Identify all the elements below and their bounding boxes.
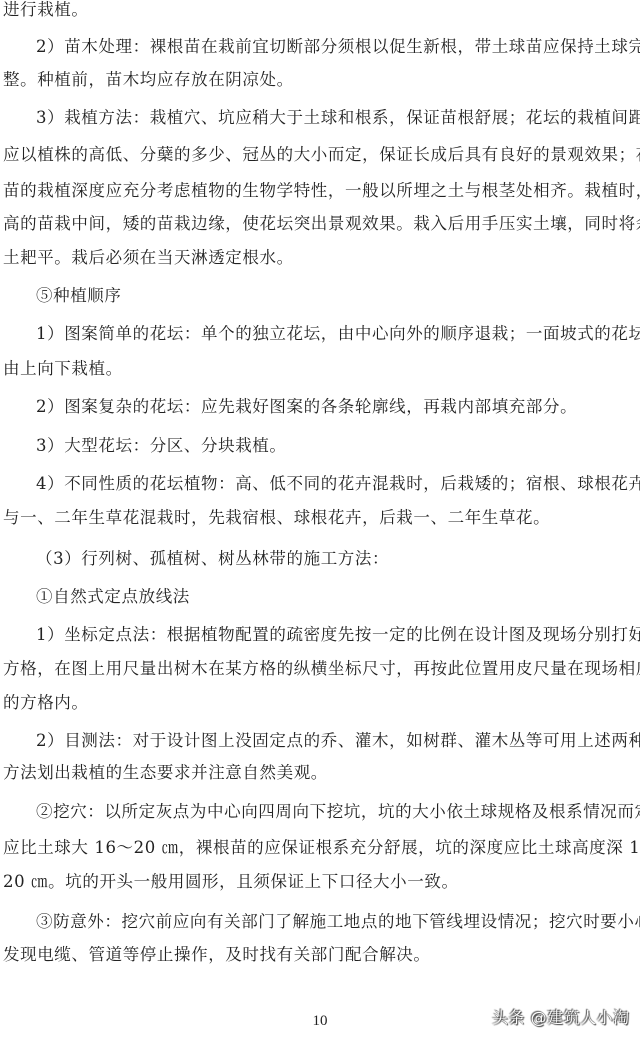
text-line: 土耙平。栽后必须在当天淋透定根水。 <box>3 248 639 268</box>
document-page: 进行栽植。2）苗木处理：裸根苗在栽前宜切断部分须根以促生新根，带土球苗应保持土球… <box>0 0 640 1040</box>
watermark: 头条 @建筑人小淘 <box>492 1005 630 1028</box>
text-line: 3）大型花坛：分区、分块栽植。 <box>36 436 640 456</box>
text-line: 整。种植前，苗木均应存放在阴凉处。 <box>3 70 639 90</box>
text-line: 由上向下栽植。 <box>3 359 639 379</box>
text-line: ①自然式定点放线法 <box>36 587 640 607</box>
text-line: 2）苗木处理：裸根苗在栽前宜切断部分须根以促生新根，带土球苗应保持土球完 <box>36 37 640 57</box>
text-line: 3）栽植方法：栽植穴、坑应稍大于土球和根系，保证苗根舒展；花坛的栽植间距， <box>36 108 640 128</box>
text-line: 的方格内。 <box>3 693 639 713</box>
text-line: 苗的栽植深度应充分考虑植物的生物学特性，一般以所埋之土与根茎处相齐。栽植时， <box>3 181 639 201</box>
text-line: ②挖穴：以所定灰点为中心向四周向下挖坑，坑的大小依土球规格及根系情况而定， <box>36 802 640 822</box>
text-line: 4）不同性质的花坛植物：高、低不同的花卉混栽时，后栽矮的；宿根、球根花卉 <box>36 474 640 494</box>
text-line: 进行栽植。 <box>3 0 639 20</box>
text-line: 与一、二年生草花混栽时，先栽宿根、球根花卉，后栽一、二年生草花。 <box>3 508 639 528</box>
text-line: 方法划出栽植的生态要求并注意自然美观。 <box>3 763 639 783</box>
text-line: 应以植株的高低、分蘖的多少、冠丛的大小而定，保证长成后具有良好的景观效果；花 <box>3 145 639 165</box>
text-line: ③防意外：挖穴前应向有关部门了解施工地点的地下管线埋设情况；挖穴时要小心， <box>36 912 640 932</box>
text-line: 发现电缆、管道等停止操作，及时找有关部门配合解决。 <box>3 945 639 965</box>
text-line: 高的苗栽中间，矮的苗栽边缘，使花坛突出景观效果。栽入后用手压实土壤，同时将余 <box>3 214 639 234</box>
text-line: 应比土球大 16～20 ㎝，裸根苗的应保证根系充分舒展，坑的深度应比土球高度深 … <box>3 838 639 858</box>
text-line: 2）图案复杂的花坛：应先栽好图案的各条轮廓线，再栽内部填充部分。 <box>36 397 640 417</box>
text-line: 20 ㎝。坑的开头一般用圆形，且须保证上下口径大小一致。 <box>3 872 639 892</box>
text-line: 2）目测法：对于设计图上没固定点的乔、灌木，如树群、灌木丛等可用上述两种 <box>36 731 640 751</box>
text-line: （3）行列树、孤植树、树丛林带的施工方法： <box>36 549 640 569</box>
text-line: 1）图案简单的花坛：单个的独立花坛，由中心向外的顺序退栽；一面坡式的花坛， <box>36 324 640 344</box>
text-line: 1）坐标定点法：根据植物配置的疏密度先按一定的比例在设计图及现场分别打好 <box>36 625 640 645</box>
text-line: 方格，在图上用尺量出树木在某方格的纵横坐标尺寸，再按此位置用皮尺量在现场相应 <box>3 659 639 679</box>
text-line: ⑤种植顺序 <box>36 286 640 306</box>
